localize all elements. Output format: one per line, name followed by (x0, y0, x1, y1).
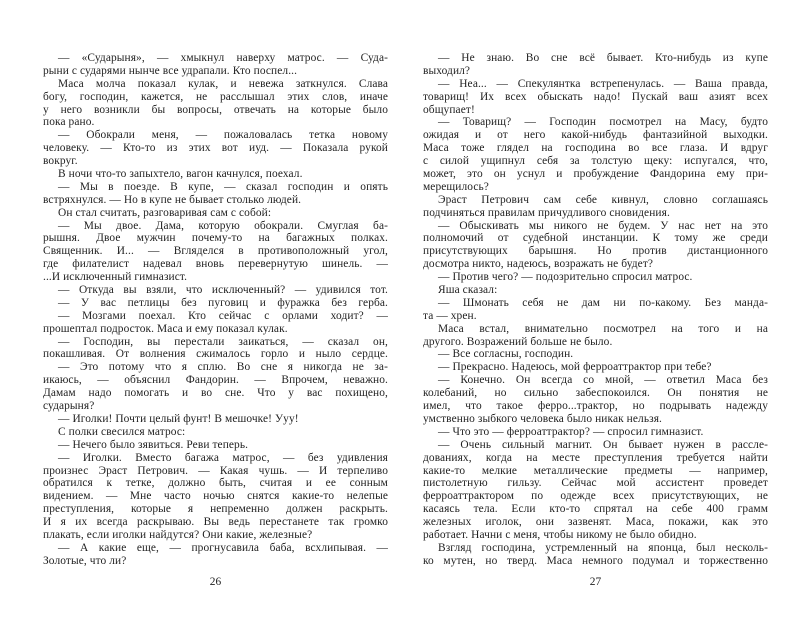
book-spread: — «Сударыня», — хмыкнул наверху матрос. … (0, 0, 800, 636)
text-line: касаясь тела. Если кто-то спрятал на себ… (423, 503, 768, 516)
text-line: — Мы в поезде. В купе, — сказал господин… (43, 181, 388, 194)
left-page-number: 26 (43, 576, 388, 589)
text-line: — Откуда вы взяли, что исключенный? — уд… (43, 284, 388, 297)
left-page-text: — «Сударыня», — хмыкнул наверху матрос. … (43, 52, 388, 568)
text-line: — Иголки. Вместо багажа матрос, — без уд… (43, 452, 388, 465)
text-line: дованиях, когда на месте преступления тр… (423, 452, 768, 465)
text-line: Дамам надо помогать и во сне. Что у вас … (43, 387, 388, 400)
text-line: рыни с сударями нынче все удрапали. Кто … (43, 65, 388, 78)
text-line: Золотые, что ли? (43, 555, 388, 568)
text-line: плакать, если иголки найдутся? Они какие… (43, 529, 388, 542)
text-line: — Обыскивать мы никого не будем. У нас н… (423, 220, 768, 233)
text-line: — Все согласны, господин. (423, 348, 768, 361)
right-page-number: 27 (423, 576, 768, 589)
text-line: — Товарищ? — Господин посмотрел на Масу,… (423, 116, 768, 129)
text-line: досмотра никто, надеюсь, возражать не бу… (423, 258, 768, 271)
text-line: преступления, которые я непременно долже… (43, 503, 388, 516)
text-line: прошептал подросток. Маса и ему показал … (43, 323, 388, 336)
text-line: выходил? (423, 65, 768, 78)
text-line: — Мы двое. Дама, которую обокрали. Смугл… (43, 220, 388, 233)
text-line: Он стал считать, разговаривая сам с собо… (43, 207, 388, 220)
text-line: икаюсь, — объяснил Фандорин. — Впрочем, … (43, 374, 388, 387)
text-line: та — хрен. (423, 310, 768, 323)
text-line: колебаний, но сильно забеспокоился. Он п… (423, 387, 768, 400)
text-line: мерещилось? (423, 181, 768, 194)
text-line: у него возникли бы вопросы, отвечать на … (43, 104, 388, 117)
text-line: товарищ! Их всех обыскать надо! Пускай в… (423, 91, 768, 104)
text-line: ...И исключенный гимназист. (43, 271, 388, 284)
text-line: — Шмонать себя не дам ни по-какому. Без … (423, 297, 768, 310)
text-line: железных иголок, они зазвенят. Маса, пок… (423, 516, 768, 529)
text-line: ко мутен, но тверд. Маса немного подумал… (423, 555, 768, 568)
text-line: общупает! (423, 104, 768, 117)
text-line: обратился к тетке, должно быть, считая и… (43, 477, 388, 490)
text-line: Маса встал, внимательно посмотрел на тог… (423, 323, 768, 336)
text-line: Маса тоже глядел на господина во все гла… (423, 142, 768, 155)
text-line: С полки свесился матрос: (43, 426, 388, 439)
text-line: подчиняться правилам причудливого сновид… (423, 207, 768, 220)
text-line: — Неа... — Спекулянтка встрепенулась. — … (423, 78, 768, 91)
text-line: пока рано. (43, 116, 388, 129)
text-line: — Господин, вы перестали заикаться, — ск… (43, 336, 388, 349)
text-line: — Иголки! Почти целый фунт! В мешочке! У… (43, 413, 388, 426)
text-line: присутствующих барышня. Но против дистан… (423, 245, 768, 258)
text-line: другого. Возражений больше не было. (423, 336, 768, 349)
text-line: работает. Начни с меня, чтобы никому не … (423, 529, 768, 542)
text-line: — Обокрали меня, — пожаловалась тетка но… (43, 129, 388, 142)
text-line: — Против чего? — подозрительно спросил м… (423, 271, 768, 284)
text-line: ожидая и от него какой-нибудь фантазийно… (423, 129, 768, 142)
text-line: богу, господин, кажется, не расслышал эт… (43, 91, 388, 104)
text-line: Эраст Петрович сам себе кивнул, словно с… (423, 194, 768, 207)
text-line: Взгляд господина, устремленный на японца… (423, 542, 768, 555)
text-line: — Это потому что я сплю. Во сне я никогд… (43, 361, 388, 374)
text-line: видением. — Мне часто ночью снятся какие… (43, 490, 388, 503)
text-line: встряхнулся. — Но в купе не бывает столь… (43, 194, 388, 207)
text-line: — Что это — ферроаттрактор? — спросил ги… (423, 426, 768, 439)
text-line: Маса молча показал кулак, и невежа заткн… (43, 78, 388, 91)
text-line: пистолетную гильзу. Сейчас мой ассистент… (423, 477, 768, 490)
text-line: имел, что такое ферро...трактор, но подр… (423, 400, 768, 413)
text-line: ферроаттрактором по одежде всех присутст… (423, 490, 768, 503)
text-line: — У вас петлицы без пуговиц и фуражка бе… (43, 297, 388, 310)
text-line: — А какие еще, — прогнусавила баба, всхл… (43, 542, 388, 555)
text-line: В ночи что-то запыхтело, вагон качнулся,… (43, 168, 388, 181)
text-line: какие-то мелкие металлические предметы —… (423, 465, 768, 478)
text-line: Яша сказал: (423, 284, 768, 297)
text-line: с силой ущипнул себя за толстую щеку: ис… (423, 155, 768, 168)
text-line: — Прекрасно. Надеюсь, мой ферроаттрактор… (423, 361, 768, 374)
right-page-text: — Не знаю. Во сне всё бывает. Кто-нибудь… (423, 52, 768, 568)
text-line: — Очень сильный магнит. Он бывает нужен … (423, 439, 768, 452)
text-line: человеку. — Кто-то из этих вот иуд. — По… (43, 142, 388, 155)
text-line: умственно зыбкого человека было никак не… (423, 413, 768, 426)
text-line: произнес Эраст Петрович. — Какая чушь. —… (43, 465, 388, 478)
text-line: — Нечего было зявиться. Реви теперь. (43, 439, 388, 452)
text-line: покашливая. От волнения сжималось горло … (43, 348, 388, 361)
text-line: И я их всегда раскрываю. Вы ведь переста… (43, 516, 388, 529)
text-line: — Не знаю. Во сне всё бывает. Кто-нибудь… (423, 52, 768, 65)
text-line: — Конечно. Он всегда со мной, — ответил … (423, 374, 768, 387)
text-line: — Мозгами поехал. Кто сейчас с орлами хо… (43, 310, 388, 323)
text-line: может, это он уснул и пробуждение Фандор… (423, 168, 768, 181)
text-line: полномочий от судебной инстанции. К тому… (423, 232, 768, 245)
text-line: — «Сударыня», — хмыкнул наверху матрос. … (43, 52, 388, 65)
text-line: Священник. И... — Вгляделся в противопол… (43, 245, 388, 258)
text-line: сударыня? (43, 400, 388, 413)
text-line: рышня. Двое мужчин почему-то на багажных… (43, 232, 388, 245)
text-line: где филателист надевал вновь перевернуту… (43, 258, 388, 271)
text-line: вокруг. (43, 155, 388, 168)
